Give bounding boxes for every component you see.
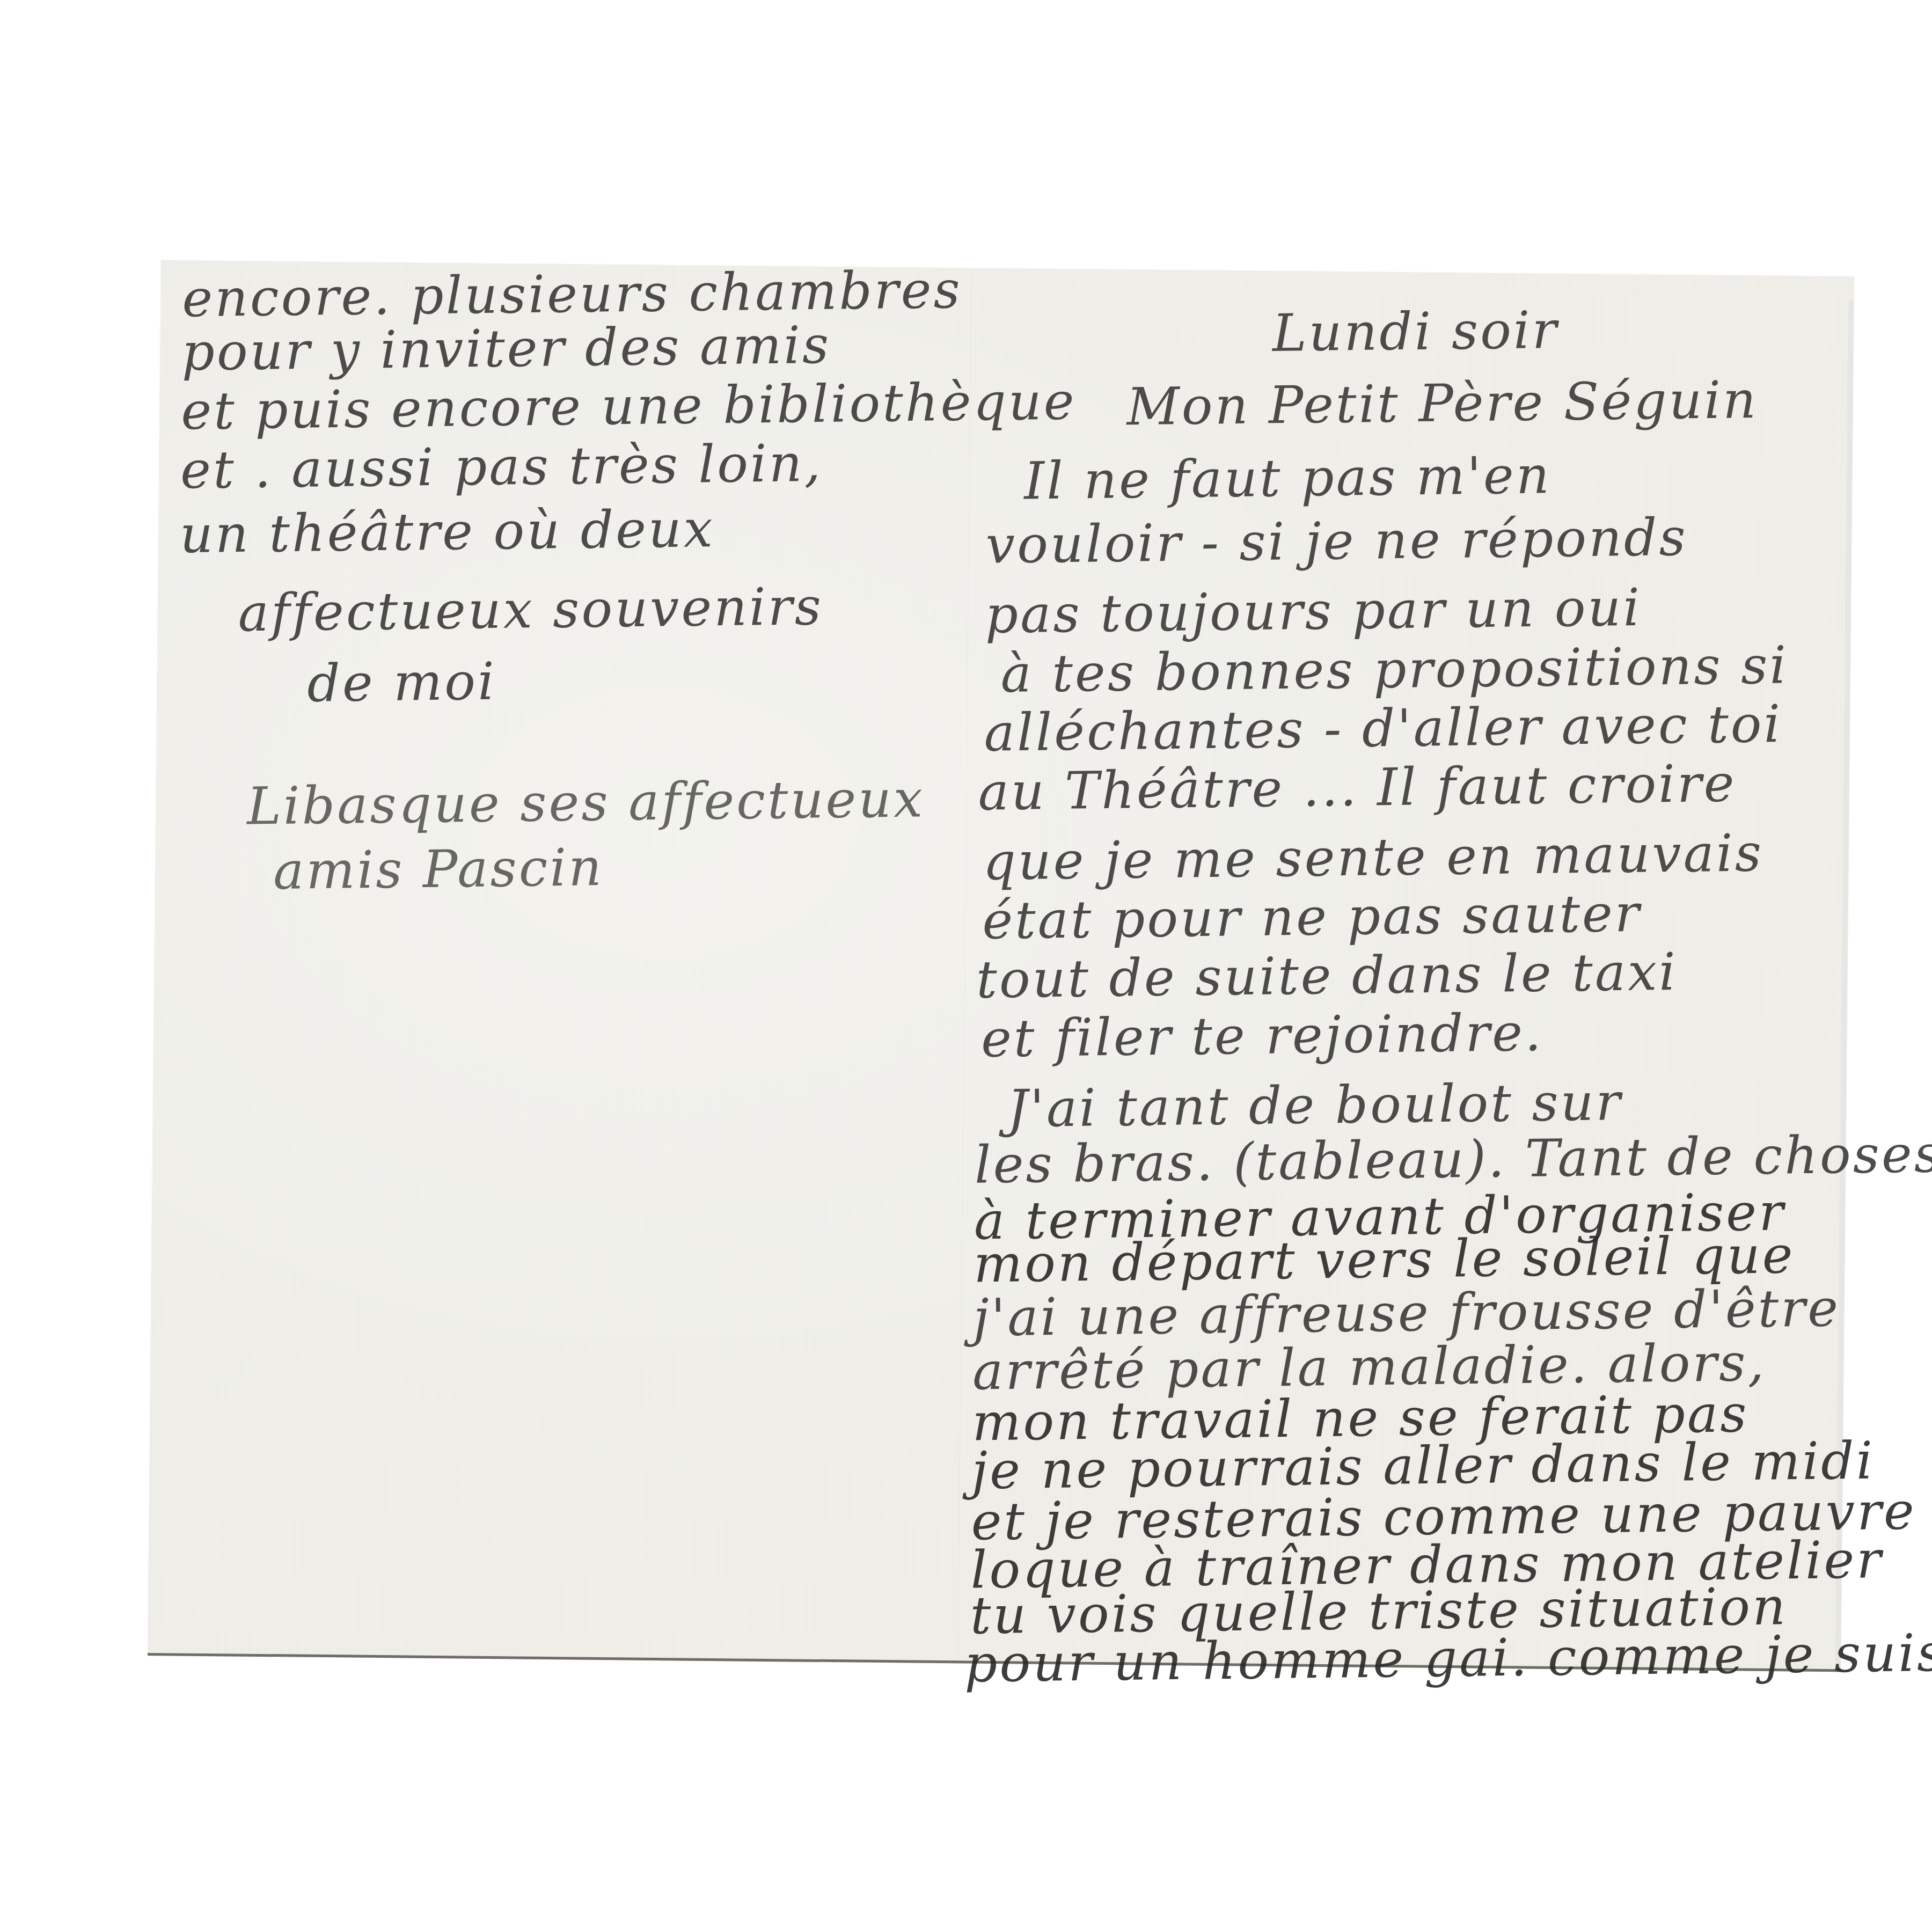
handwritten-line: alléchantes - d'aller avec toi [984,694,1783,763]
handwritten-line: et filer te rejoindre. [981,1002,1544,1069]
left-page: encore. plusieurs chambres pour y invite… [148,260,971,1660]
handwritten-line: pour y inviter des amis [181,315,831,383]
letter-salutation: Mon Petit Père Séguin [1126,370,1759,437]
signature: amis Pascin [273,837,604,901]
handwritten-line: au Théâtre ... Il faut croire [978,753,1737,822]
handwritten-line: et . aussi pas très loin, [180,433,823,501]
handwritten-line: un théâtre où deux [179,499,715,565]
handwritten-line: les bras. (tableau). Tant de choses [974,1124,1932,1195]
handwritten-line: tout de suite dans le taxi [976,942,1678,1010]
letter-date: Lundi soir [1272,300,1559,363]
handwritten-line: affectueux souvenirs [238,576,823,643]
handwritten-line: Il ne faut pas m'en [1023,445,1552,511]
handwritten-line: et puis encore une bibliothèque [181,371,1077,441]
handwritten-line: pour un homme gai. comme je suis [964,1623,1932,1694]
right-page: Lundi soir Mon Petit Père Séguin Il ne f… [959,268,1854,1670]
handwritten-line: de moi [307,652,497,714]
handwritten-line: état pour ne pas sauter [982,883,1642,951]
letter-sheet: encore. plusieurs chambres pour y invite… [148,260,1854,1672]
handwritten-line: à tes bonnes propositions si [1000,635,1789,704]
closing-line: Libasque ses affectueux [247,769,925,836]
handwritten-line: vouloir - si je ne réponds [985,507,1688,575]
handwritten-line: que je me sente en mauvais [983,823,1764,891]
handwritten-line: pas toujours par un oui [985,577,1642,645]
